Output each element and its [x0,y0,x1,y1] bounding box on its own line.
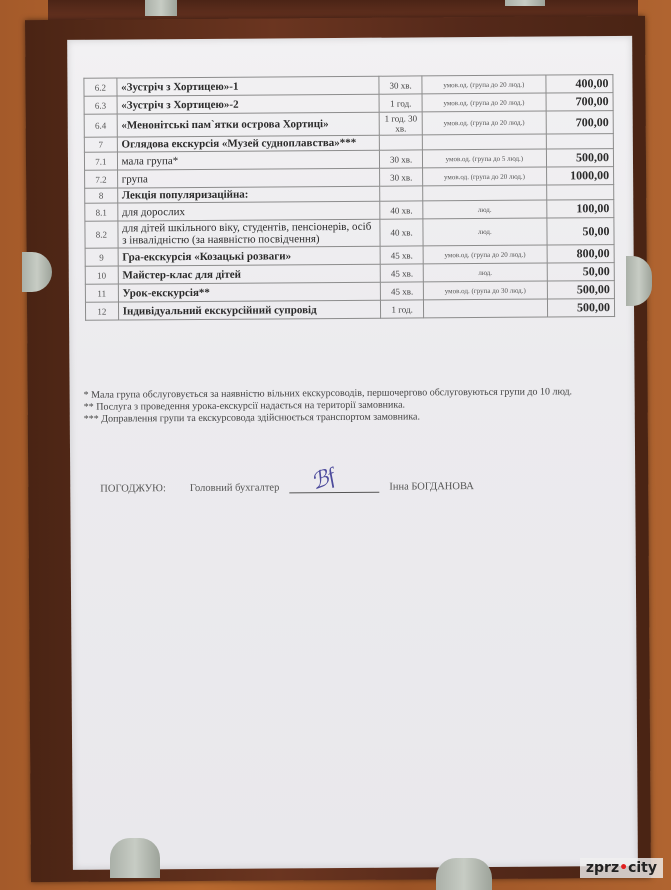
price: 100,00 [546,200,614,218]
duration: 40 хв. [380,201,423,219]
service-name: мала група* [117,150,380,170]
row-number: 6.3 [84,96,117,114]
frame-clip-icon [505,0,545,6]
price: 500,00 [546,149,614,167]
row-number: 10 [85,266,118,284]
duration: 1 год. [381,300,424,318]
site-watermark: zprz•city [580,858,663,878]
watermark-text: city [628,860,657,876]
service-name: «Зустріч з Хортицею»-1 [117,76,380,96]
footnote: *** Доправлення групи та екскурсовода зд… [84,410,604,426]
unit-of-measure [423,185,546,201]
price: 500,00 [547,299,615,317]
row-number: 8 [85,188,118,203]
service-name: Гра-екскурсія «Козацькі розваги» [118,246,381,266]
unit-of-measure: люд. [423,218,546,246]
signer-position: Головний бухгалтер [190,482,280,494]
picture-frame: 6.2«Зустріч з Хортицею»-130 хв.умов.од. … [25,16,651,882]
row-number: 7.1 [84,152,117,170]
duration: 1 год. [379,94,422,112]
table-row: 12Індивідуальний екскурсійний супровід1 … [85,299,614,321]
unit-of-measure: умов.од. (група до 20 люд.) [422,111,545,135]
duration: 30 хв. [379,76,422,94]
row-number: 6.4 [84,114,117,137]
service-name: Індивідуальний екскурсійний супровід [118,300,381,320]
unit-of-measure [423,134,546,150]
approval-signature-block: ПОГОДЖУЮ: Головний бухгалтер ℬf Інна БОГ… [100,477,474,495]
row-number: 8.2 [85,221,118,248]
frame-clip-icon [626,256,652,306]
service-name: для дітей шкільного віку, студентів, пен… [118,219,381,248]
price: 800,00 [547,245,615,263]
duration: 1 год. 30 хв. [379,112,422,135]
unit-of-measure: люд. [423,200,546,219]
service-name: Урок-екскурсія** [118,282,381,302]
frame-clip-icon [145,0,177,16]
row-number: 9 [85,248,118,266]
row-number: 8.1 [85,203,118,221]
price: 50,00 [546,218,614,245]
unit-of-measure: умов.од. (група до 30 люд.) [424,281,547,300]
price: 500,00 [547,281,615,299]
duration: 30 хв. [380,168,423,186]
unit-of-measure: умов.од. (група до 20 люд.) [423,167,546,186]
unit-of-measure: умов.од. (група до 20 люд.) [422,93,545,112]
row-number: 7 [84,137,117,152]
duration: 30 хв. [379,150,422,168]
watermark-text: zprz [586,860,619,876]
duration [379,135,422,150]
price-table: 6.2«Зустріч з Хортицею»-130 хв.умов.од. … [83,74,615,321]
service-name: «Менонітські пам`ятки острова Хортиці» [117,112,380,137]
frame-clip-icon [436,858,492,890]
row-number: 11 [85,284,118,302]
unit-of-measure: люд. [423,263,546,282]
price [546,134,614,149]
unit-of-measure: умов.од. (група до 20 люд.) [423,245,546,264]
approve-label: ПОГОДЖУЮ: [100,483,166,494]
row-number: 6.2 [84,78,117,96]
price: 50,00 [547,263,615,281]
table-row: 8.2для дітей шкільного віку, студентів, … [85,218,614,249]
price [546,185,614,200]
frame-clip-icon [110,838,160,878]
price: 1000,00 [546,167,614,185]
duration: 45 хв. [380,282,423,300]
service-name: Майстер-клас для дітей [118,264,381,284]
watermark-dot-icon: • [619,860,628,876]
row-number: 7.2 [85,170,118,188]
price: 400,00 [545,75,613,93]
duration: 40 хв. [380,219,423,246]
row-number: 12 [85,302,118,320]
signature-line: ℬf [289,478,379,494]
duration: 45 хв. [380,264,423,282]
service-name: «Зустріч з Хортицею»-2 [117,94,380,114]
unit-of-measure [424,299,547,318]
price-list-document: 6.2«Зустріч з Хортицею»-130 хв.умов.од. … [67,36,638,870]
price: 700,00 [546,93,614,111]
price: 700,00 [546,111,614,134]
duration [380,186,423,201]
unit-of-measure: умов.од. (група до 20 люд.) [422,75,545,94]
handwritten-signature-icon: ℬf [307,463,338,496]
service-name: для дорослих [117,201,380,221]
service-name: група [117,168,380,188]
unit-of-measure: умов.од. (група до 5 люд.) [423,149,546,168]
signer-name: Інна БОГДАНОВА [389,481,474,493]
footnotes: * Мала група обслуговується за наявністю… [84,386,604,426]
duration: 45 хв. [380,246,423,264]
